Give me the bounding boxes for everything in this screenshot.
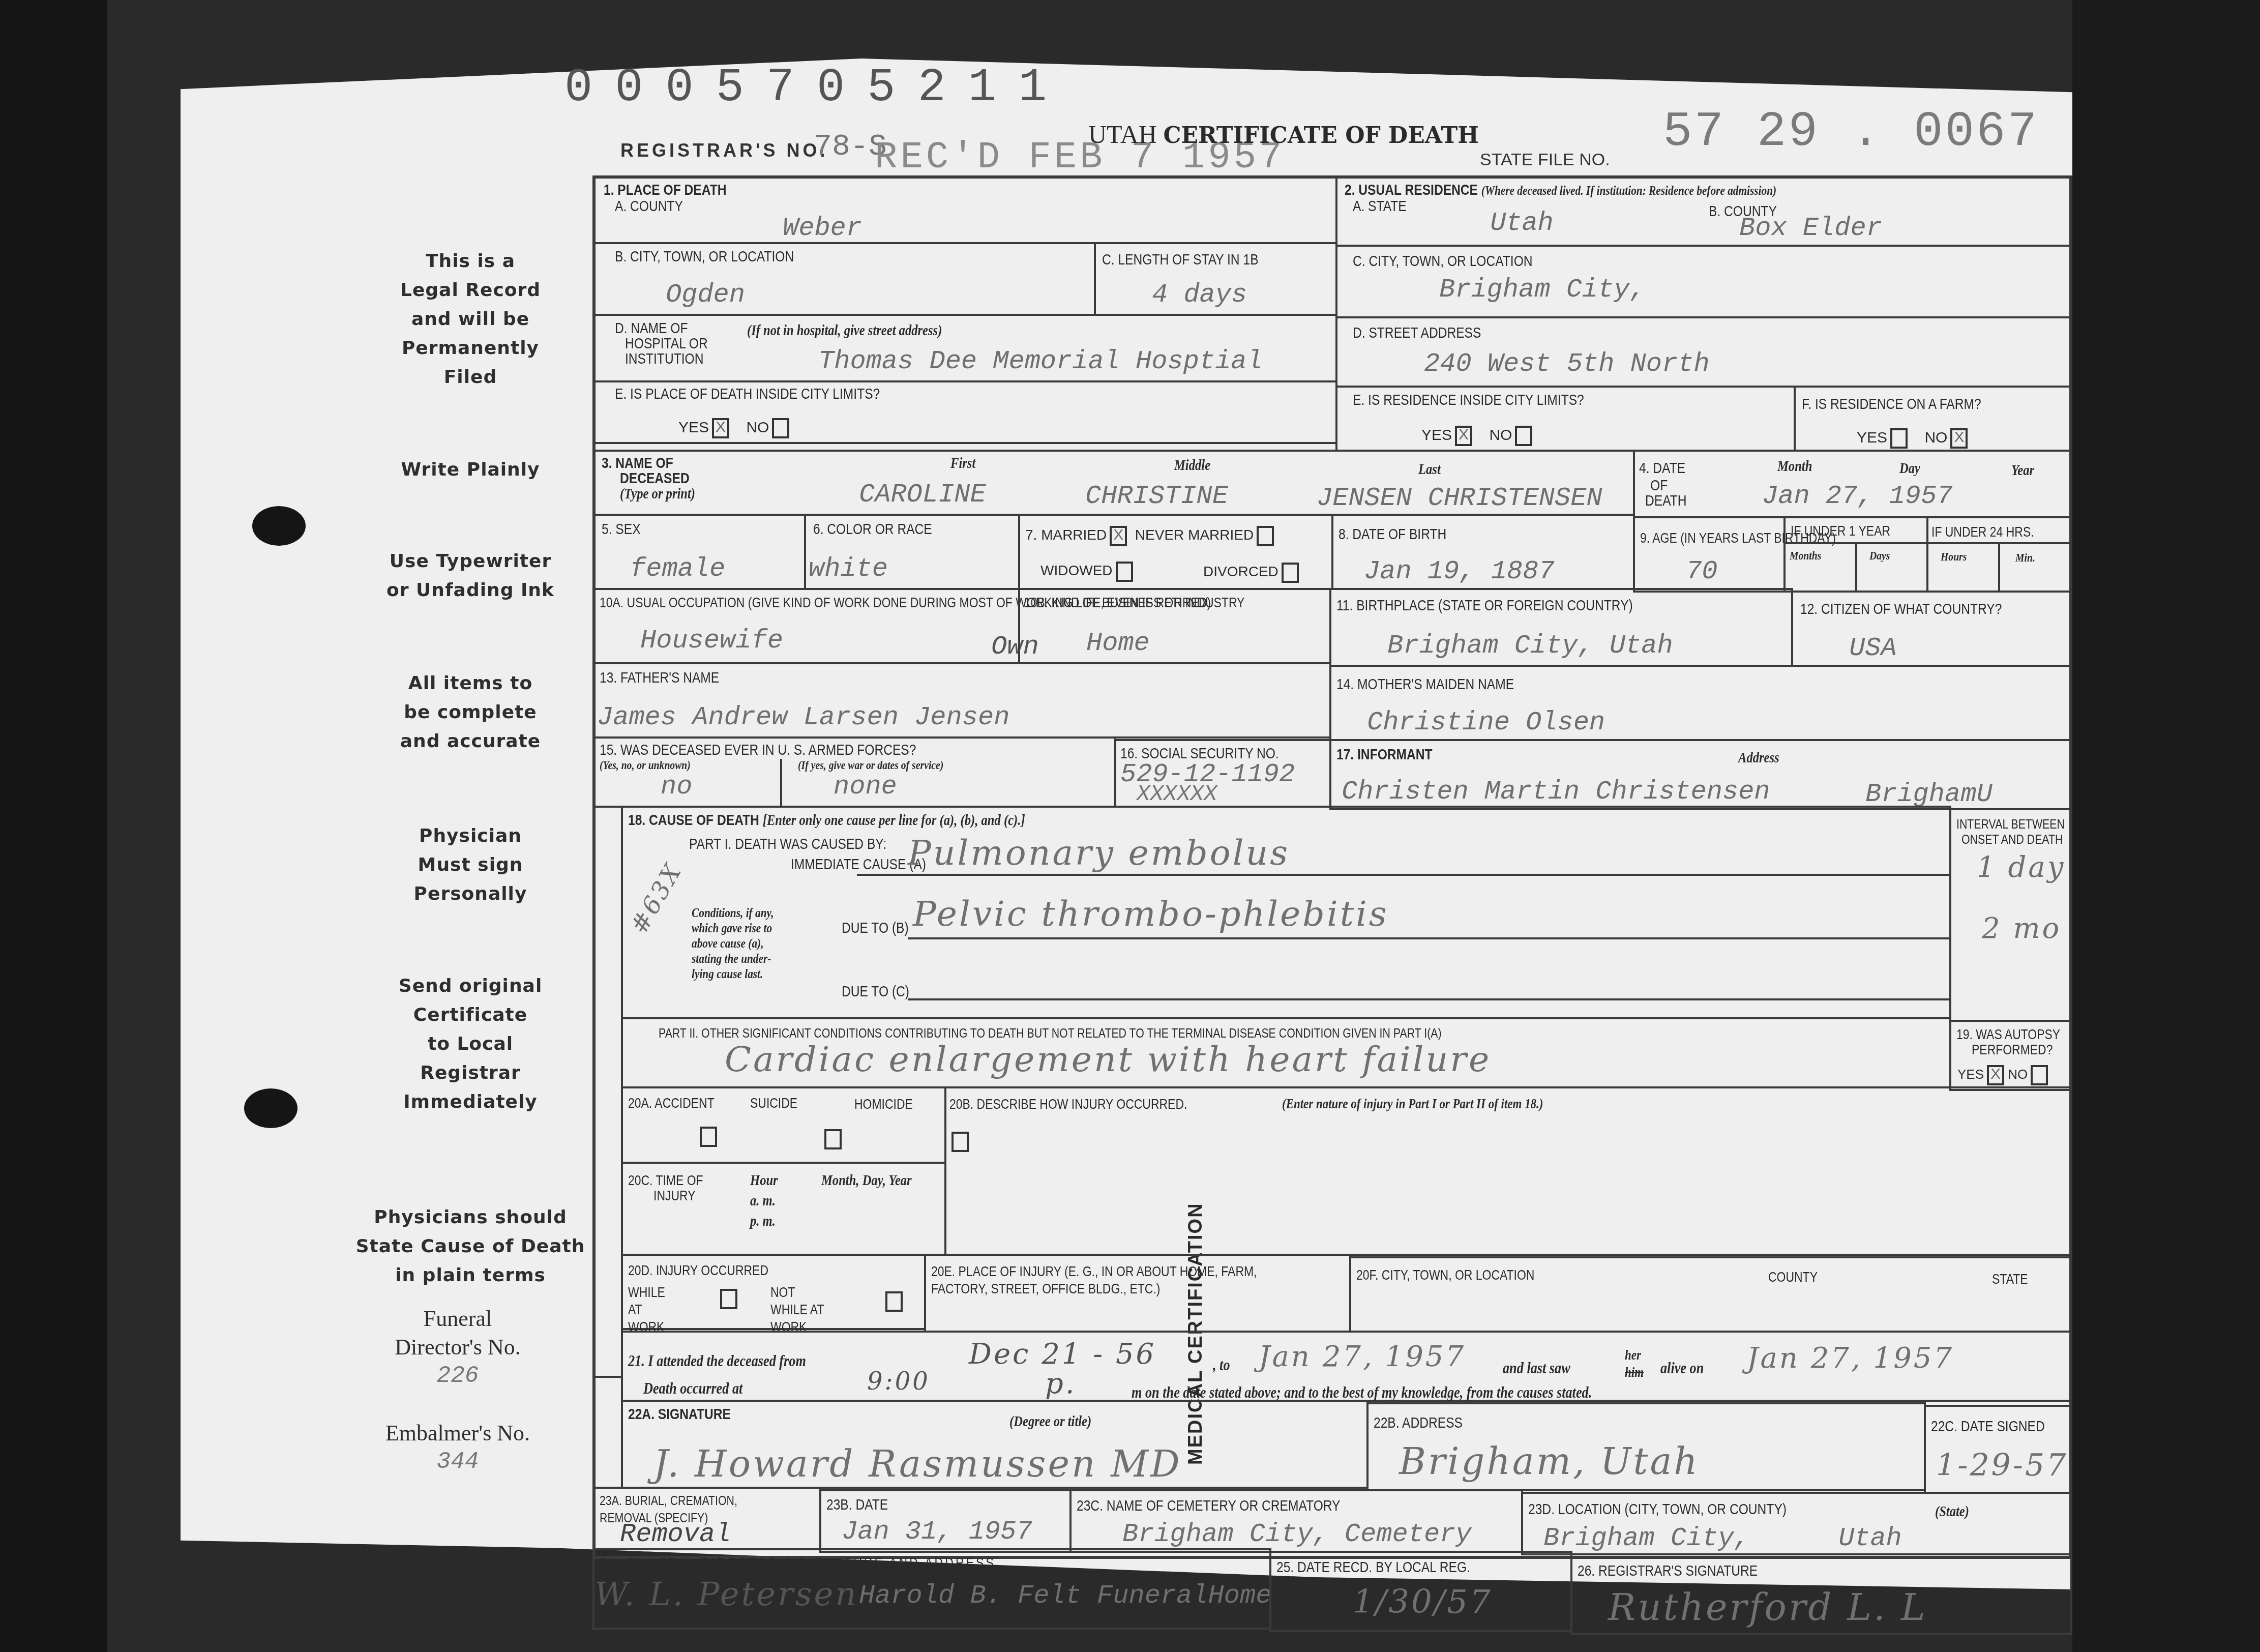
widowed-checkbox[interactable] [1116, 562, 1133, 582]
residence-street: 240 West 5th North [1424, 349, 1710, 379]
funeral-director-signature: W. L. Petersen [594, 1576, 858, 1613]
date-of-death: Jan 27, 1957 [1762, 481, 1952, 511]
residence-city-limits-no-checkbox[interactable] [1515, 426, 1532, 446]
funeral-director-number: Funeral Director's No. 226 [325, 1305, 590, 1390]
hospital-name: Thomas Dee Memorial Hosptial [818, 346, 1263, 376]
date-received: 1/30/57 [1353, 1583, 1493, 1621]
date-signed: 1-29-57 [1936, 1448, 2068, 1483]
scan-background-right [2072, 0, 2260, 1652]
field-deceased-name[interactable]: 3. NAME OF DECEASED (Type or print) Firs… [592, 450, 1635, 516]
residence-county: Box Elder [1739, 213, 1882, 243]
field-cause-of-death: 18. CAUSE OF DEATH [Enter only one cause… [621, 806, 1951, 1019]
field-place-of-death-city[interactable]: b. CITY, TOWN, OR LOCATION Ogden [592, 242, 1096, 316]
date-of-birth: Jan 19, 1887 [1364, 556, 1554, 586]
field-cemetery[interactable]: 23c. NAME OF CEMETERY OR CREMATORY Brigh… [1069, 1489, 1523, 1553]
race-value: white [809, 554, 888, 584]
field-residence-city-limits: e. IS RESIDENCE INSIDE CITY LIMITS? YES … [1335, 386, 1796, 452]
margin-note-physician-sign: Physician Must sign Personally [351, 821, 590, 908]
birthplace-value: Brigham City, Utah [1387, 631, 1673, 661]
married-checkbox[interactable] [1110, 526, 1127, 546]
margin-note-legal: This is a Legal Record and will be Perma… [351, 247, 590, 392]
death-city-limits-no-checkbox[interactable] [772, 418, 789, 438]
autopsy-yes-checkbox[interactable] [1987, 1065, 2004, 1085]
punch-hole-icon [252, 506, 306, 546]
registrars-no-label: REGISTRAR'S NO. [620, 140, 828, 161]
occupation-value: Housewife [640, 626, 783, 656]
field-funeral-director[interactable]: 24. FUNERAL DIRECTOR'S SIGNATURE AND ADD… [592, 1548, 1271, 1630]
field-marital-status: 7. MARRIED NEVER MARRIED WIDOWED DIVORCE… [1018, 514, 1333, 590]
while-at-work-checkbox[interactable] [720, 1289, 737, 1309]
accident-checkbox[interactable] [700, 1127, 717, 1147]
margin-note-plain-terms: Physicians should State Cause of Death i… [351, 1203, 590, 1290]
field-physician-signature[interactable]: 22a. SIGNATURE (Degree or title) J. Howa… [621, 1400, 1369, 1489]
place-of-death-city: Ogden [666, 280, 745, 310]
field-onset-interval: INTERVAL BETWEEN ONSET AND DEATH 1 day 2… [1949, 808, 2072, 1022]
suicide-checkbox[interactable] [824, 1129, 842, 1149]
field-disposition-date[interactable]: 23b. DATE Jan 31, 1957 [819, 1489, 1072, 1553]
embalmer-number: Embalmer's No. 344 [325, 1419, 590, 1476]
field-disposition-type[interactable]: 23a. BURIAL, CREMATION, REMOVAL (Specify… [592, 1487, 821, 1550]
margin-note-complete: All items to be complete and accurate [351, 669, 590, 756]
autopsy-no-checkbox[interactable] [2031, 1065, 2048, 1085]
deceased-middle-name: CHRISTINE [1085, 481, 1228, 511]
field-sex[interactable]: 5. SEX female [592, 514, 806, 590]
residence-state: Utah [1490, 208, 1554, 238]
state-file-no-value: 57 29 . 0067 [1663, 104, 2039, 160]
field-injury-description[interactable]: 20b. DESCRIBE HOW INJURY OCCURRED. (Ente… [944, 1086, 2072, 1256]
field-race[interactable]: 6. COLOR OR RACE white [804, 514, 1020, 590]
last-saw-date[interactable]: Jan 27, 1957 [1747, 1342, 1954, 1375]
under-1-year-header: IF UNDER 1 YEAR [1783, 516, 1928, 544]
field-time-of-injury[interactable]: 20c. TIME OF INJURY Hour a. m. p. m. Mon… [621, 1162, 946, 1256]
field-residence-city[interactable]: c. CITY, TOWN, OR LOCATION Brigham City, [1335, 245, 2072, 318]
father-name: James Andrew Larsen Jensen [597, 702, 1009, 732]
field-business[interactable]: 10b. KIND OF BUSINESS OR INDUSTRY Home [1018, 588, 1331, 664]
death-city-limits-yes-checkbox[interactable] [712, 418, 729, 438]
margin-note-write-plainly: Write Plainly [351, 455, 590, 484]
field-date-received[interactable]: 25. DATE RECD. BY LOCAL REG. 1/30/57 [1269, 1551, 1572, 1632]
attended-to[interactable]: Jan 27, 1957 [1259, 1340, 1466, 1373]
punch-hole-icon [244, 1088, 298, 1128]
death-time[interactable]: 9:00 [867, 1367, 930, 1396]
title-prefix: UTAH [1088, 120, 1157, 149]
business-value: Home [1086, 628, 1150, 658]
sex-value: female [630, 554, 725, 584]
armed-forces-divider [780, 759, 782, 808]
war-service-value[interactable]: none [834, 772, 897, 802]
field-father-name[interactable]: 13. FATHER'S NAME James Andrew Larsen Je… [592, 662, 1331, 739]
field-birthplace[interactable]: 11. BIRTHPLACE (State or foreign country… [1329, 588, 1793, 667]
field-death-city-limits: e. IS PLACE OF DEATH INSIDE CITY LIMITS?… [592, 380, 1337, 444]
informant-address: BrighamU [1865, 779, 1993, 809]
disposition-date: Jan 31, 1957 [842, 1517, 1032, 1547]
immediate-cause[interactable]: Pulmonary embolus [908, 833, 1290, 873]
field-date-of-death[interactable]: 4. DATE OF DEATH Month Day Year Jan 27, … [1633, 450, 2072, 518]
registrar-signature: Rutherford L. L [1608, 1586, 1927, 1629]
place-of-death-county: Weber [783, 213, 862, 243]
field-place-of-injury[interactable]: 20e. PLACE OF INJURY (e. g., in or about… [924, 1254, 1351, 1333]
funeral-home: Harold B. Felt FuneralHome [859, 1581, 1271, 1611]
not-while-at-work-checkbox[interactable] [885, 1291, 903, 1312]
field-manner-of-injury: 20a. ACCIDENT SUICIDE HOMICIDE [621, 1086, 946, 1164]
field-injury-location[interactable]: 20f. CITY, TOWN, OR LOCATION COUNTY STAT… [1349, 1256, 2072, 1333]
scan-background-left [0, 0, 107, 1652]
farm-no-checkbox[interactable] [1950, 428, 1968, 449]
field-length-of-stay[interactable]: c. LENGTH OF STAY IN 1b 4 days [1094, 242, 1337, 316]
field-mother-name[interactable]: 14. MOTHER'S MAIDEN NAME Christine Olsen [1329, 665, 2072, 741]
margin-note-send-original: Send original Certificate to Local Regis… [351, 971, 590, 1116]
interval-b[interactable]: 2 mo [1982, 912, 2061, 945]
field-age-months[interactable]: Months [1783, 542, 1857, 593]
title-main: CERTIFICATE OF DEATH [1163, 123, 1478, 149]
under-24-hours-header: IF UNDER 24 HRS. [1926, 516, 2072, 544]
field-cemetery-location[interactable]: 23d. LOCATION (City, town, or county) (S… [1521, 1492, 2072, 1555]
field-physician-address[interactable]: 22b. ADDRESS Brigham, Utah [1366, 1402, 1926, 1491]
armed-forces-value[interactable]: no [661, 772, 692, 802]
state-file-no-label: STATE FILE NO. [1480, 150, 1610, 170]
margin-annotation: #63X [625, 858, 688, 938]
deceased-last-name: JENSEN CHRISTENSEN [1317, 483, 1602, 513]
medical-certification-strip [592, 806, 623, 1378]
cemetery-city: Brigham City, [1543, 1523, 1750, 1553]
field-registrar-signature[interactable]: 26. REGISTRAR'S SIGNATURE Rutherford L. … [1570, 1553, 2072, 1635]
ssn-overstrike: XXXXXX [1137, 782, 1217, 807]
field-attendance: 21. I attended the deceased from Dec 21 … [621, 1331, 2072, 1402]
field-injury-occurred: 20d. INJURY OCCURRED WHILE AT WORK NOT W… [621, 1254, 926, 1330]
death-meridiem[interactable]: p. [1045, 1367, 1077, 1400]
field-age[interactable]: 9. AGE (In years last birthday) 70 [1633, 516, 1786, 593]
serial-number: 0005705211 [564, 61, 1069, 114]
field-age-minutes[interactable]: Min. [1998, 542, 2072, 593]
mother-name: Christine Olsen [1367, 707, 1605, 737]
field-informant[interactable]: 17. INFORMANT Address Christen Martin Ch… [1329, 739, 2072, 810]
farm-yes-checkbox[interactable] [1890, 428, 1908, 449]
field-place-of-death-county[interactable]: 1. PLACE OF DEATH a. COUNTY Weber [592, 175, 1337, 244]
field-residence-farm: f. IS RESIDENCE ON A FARM? YES NO [1794, 386, 2072, 452]
field-date-of-birth[interactable]: 8. DATE OF BIRTH Jan 19, 1887 [1331, 514, 1635, 590]
field-armed-forces: 15. WAS DECEASED EVER IN U. S. ARMED FOR… [592, 736, 1116, 808]
disposition-type: Removal [620, 1519, 731, 1549]
field-social-security[interactable]: 16. SOCIAL SECURITY NO. 529-12-1192 XXXX… [1114, 739, 1331, 808]
part-ii-conditions: Cardiac enlargement with heart failure [725, 1040, 1491, 1080]
due-to-b[interactable]: Pelvic thrombo-phlebitis [913, 894, 1389, 934]
field-occupation[interactable]: 10a. USUAL OCCUPATION (Give kind of work… [592, 588, 1020, 664]
field-age-days[interactable]: Days [1855, 542, 1928, 593]
attended-from[interactable]: Dec 21 - 56 [969, 1338, 1156, 1371]
never-married-checkbox[interactable] [1257, 526, 1274, 546]
field-age-hours[interactable]: Hours [1926, 542, 2000, 593]
field-autopsy: 19. WAS AUTOPSY PERFORMED? YES NO [1949, 1020, 2072, 1091]
field-residence-street[interactable]: d. STREET ADDRESS 240 West 5th North [1335, 316, 2072, 388]
field-hospital-name[interactable]: d. NAME OF HOSPITAL OR INSTITUTION (If n… [592, 314, 1337, 382]
length-of-stay: 4 days [1152, 280, 1247, 310]
deceased-first-name: CAROLINE [859, 480, 986, 510]
physician-address: Brigham, Utah [1399, 1440, 1700, 1483]
informant-name: Christen Martin Christensen [1342, 777, 1770, 807]
residence-city-limits-yes-checkbox[interactable] [1455, 426, 1472, 446]
age-value: 70 [1686, 556, 1717, 586]
physician-signature: J. Howard Rasmussen MD [653, 1442, 1182, 1485]
death-certificate-form: 1. PLACE OF DEATH a. COUNTY Weber b. CIT… [592, 175, 2072, 1559]
field-citizenship[interactable]: 12. CITIZEN OF WHAT COUNTRY? USA [1791, 591, 2072, 667]
cemetery-name: Brigham City, Cemetery [1122, 1519, 1472, 1549]
field-residence-state-county[interactable]: 2. USUAL RESIDENCE (Where deceased lived… [1335, 175, 2072, 247]
certificate-title: UTAH CERTIFICATE OF DEATH [1088, 120, 1479, 149]
field-part-ii[interactable]: PART II. OTHER SIGNIFICANT CONDITIONS CO… [621, 1017, 1951, 1088]
margin-note-typewriter: Use Typewriter or Unfading Ink [351, 547, 590, 605]
citizenship-value: USA [1849, 633, 1897, 663]
divorced-checkbox[interactable] [1282, 563, 1299, 583]
cemetery-state: Utah [1838, 1523, 1902, 1553]
interval-a[interactable]: 1 day [1977, 851, 2065, 884]
residence-city: Brigham City, [1439, 275, 1646, 305]
field-date-signed[interactable]: 22c. DATE SIGNED 1-29-57 [1924, 1405, 2072, 1494]
